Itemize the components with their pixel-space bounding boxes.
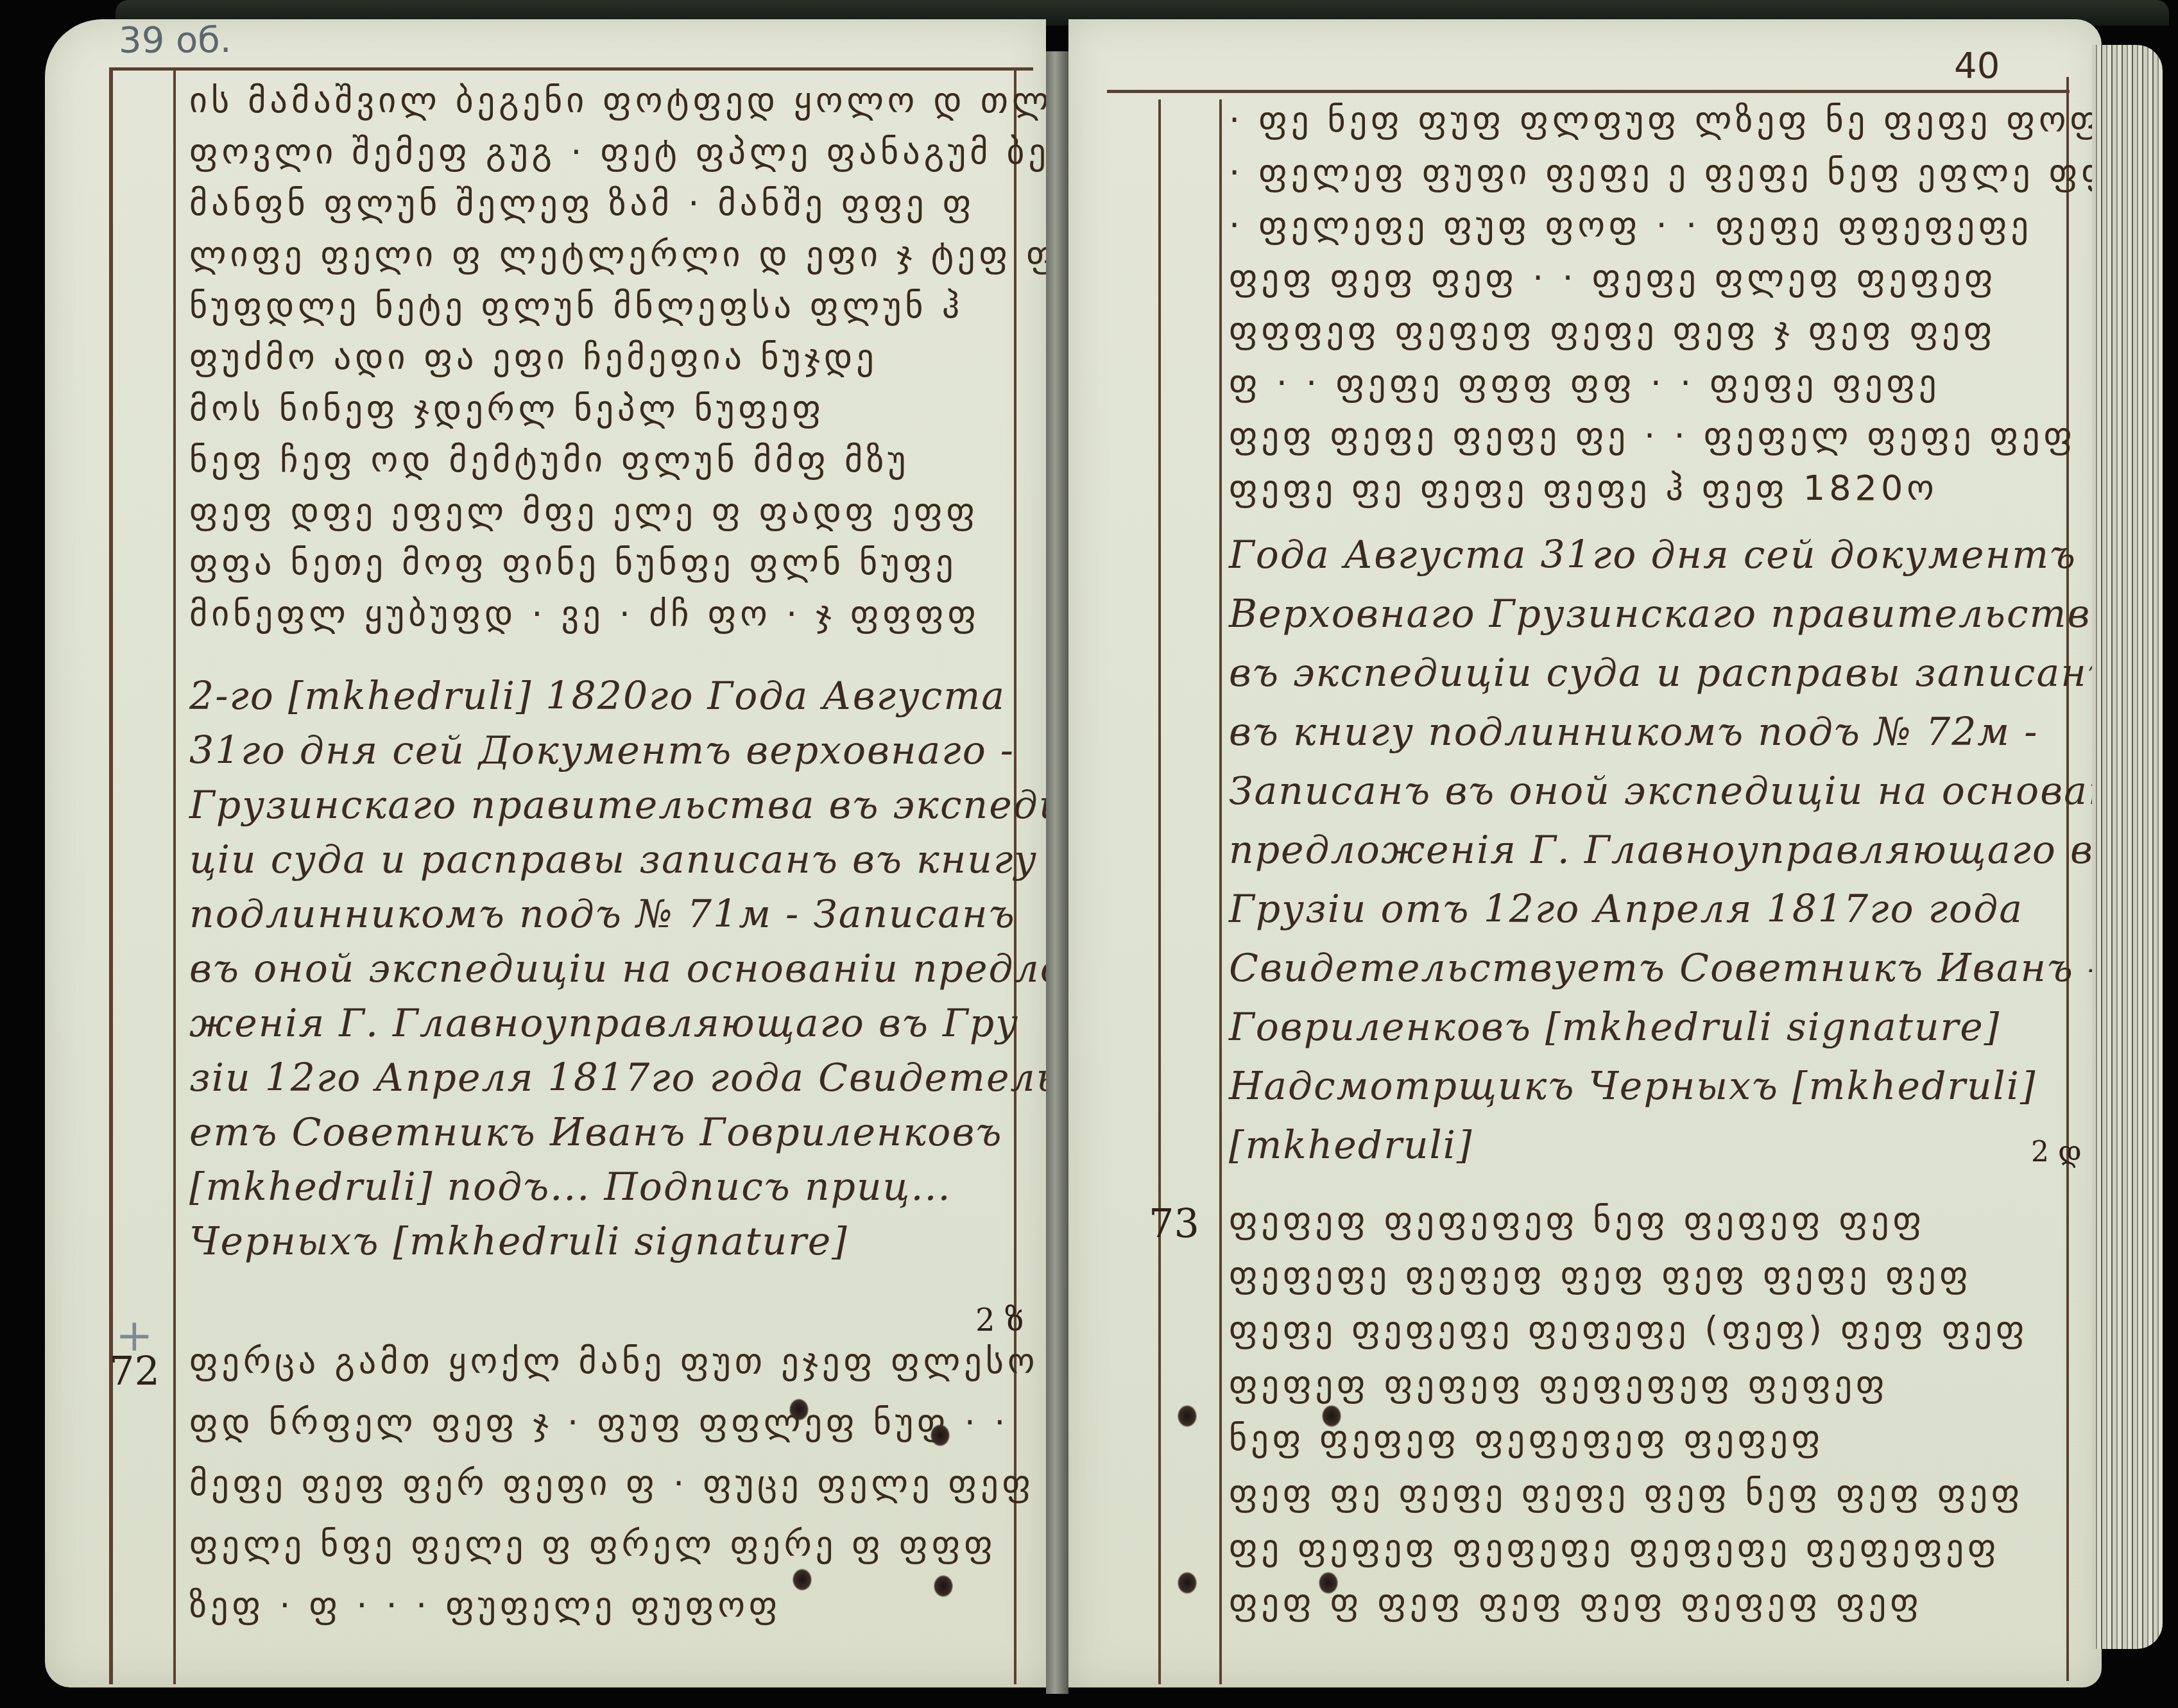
top-rule <box>109 67 1033 71</box>
binding-hole <box>1178 1572 1197 1594</box>
binding-hole <box>934 1575 953 1597</box>
handwritten-line: [mkhedruli] <box>1229 1123 1473 1168</box>
handwritten-line: Грузинскаго правительства въ экспеди <box>189 783 1065 828</box>
page-number-right: 40 <box>1954 45 2000 87</box>
handwritten-line: მინეფლ ყუბუფდ · ვე · ძჩ ფო · ჯ ფფფფ <box>189 594 980 634</box>
handwritten-line: Черныхъ [mkhedruli signature] <box>189 1219 848 1264</box>
binding-hole <box>1319 1572 1338 1594</box>
handwritten-line: ფეფ დფე ეფელ მფე ელე ფ ფადფ ეფფ <box>189 491 979 531</box>
handwritten-line: ფეფ ფე ფეფე ფეფე ფეფ ნეფ ფეფ ფეფ <box>1229 1473 2023 1513</box>
entry-number-72: 72 <box>109 1347 160 1394</box>
handwritten-line: ლიფე ფელი ფ ლეტლერლი დ ეფი ჯ ტეფ ფლე <box>189 234 1121 275</box>
binding-hole <box>930 1424 950 1446</box>
handwritten-line: [mkhedruli] подъ... Подписъ приц... <box>189 1165 952 1209</box>
handwritten-line: предложенія Г. Главноуправляющаго въ - <box>1229 828 2148 873</box>
handwritten-line: · ფელეფე ფუფ ფოფ · · ფეფე ფფეფეფე <box>1229 205 2032 245</box>
left-page: 39 об. ის მამაშვილ ბეგენი ფოტფედ ყოლო დ … <box>45 19 1046 1687</box>
binding-hole <box>1322 1405 1341 1427</box>
handwritten-line: ფუძმო ადი ფა ეფი ჩემეფია ნუჯდე <box>189 337 878 377</box>
handwritten-line: ფეფეფ ფეფეფეფ ნეფ ფეფეფ ფეფ <box>1229 1200 1925 1240</box>
handwritten-line: етъ Советникъ Иванъ Говриленковъ <box>189 1110 1002 1155</box>
handwritten-line: Говриленковъ [mkhedruli signature] <box>1229 1005 2000 1050</box>
handwritten-line: ფეფე ფეფეფე ფეფეფე (ფეფ) ფეფ ფეფ <box>1229 1309 2028 1349</box>
text-margin-rule <box>1219 99 1222 1684</box>
handwritten-line: женія Г. Главноуправляющаго въ Гру <box>189 1001 1019 1046</box>
handwritten-line: მოს ნინეფ ჯდერლ ნეპლ ნუფეფ <box>189 388 825 429</box>
handwritten-line: въ книгу подлинникомъ подъ № 72м - <box>1229 710 2038 755</box>
handwritten-line: ფ · · ფეფე ფფფ ფფ · · ფეფე ფეფე <box>1229 363 1940 403</box>
handwritten-line: ფეფ ფეფე ფეფე ფე · · ფეფელ ფეფე ფეფ <box>1229 415 2076 456</box>
handwritten-line: ფეფე ფე ფეფე ფეფე ჰ ფეფ 1820ო <box>1229 468 1938 508</box>
handwritten-line: მანფნ ფლუნ შელეფ ზამ · მანშე ფფე ფ <box>189 183 975 223</box>
binding-hole <box>1178 1405 1197 1427</box>
handwritten-line: ფეფ ფეფ ფეფ · · ფეფე ფლეფ ფეფეფ <box>1229 257 1997 298</box>
handwritten-line: ნეფ ფეფეფ ფეფეფეფ ფეფეფ <box>1229 1418 1824 1458</box>
handwritten-line: Свидетельствуетъ Советникъ Иванъ - <box>1229 946 2102 991</box>
handwritten-line: Грузіи отъ 12го Апреля 1817го года <box>1229 887 2023 932</box>
handwritten-line: въ экспедиціи суда и расправы записанъ <box>1229 651 2114 696</box>
handwritten-line: ზეფ · ფ · · · ფუფელე ფუფოფ <box>189 1585 781 1625</box>
outer-margin-rule <box>109 67 113 1684</box>
handwritten-line: Надсмотрщикъ Черныхъ [mkhedruli] <box>1229 1064 2036 1109</box>
handwritten-line: Записанъ въ оной экспедиціи на основаніи <box>1229 769 2154 814</box>
handwritten-line: въ оной экспедиціи на основаніи предло <box>189 946 1065 991</box>
number-column-rule <box>1158 99 1161 1684</box>
handwritten-line: ის მამაშვილ ბეგენი ფოტფედ ყოლო დ თლცჩმ <box>189 80 1120 121</box>
handwritten-line: ნუფდლე ნეტე ფლუნ მნლეფსა ფლუნ ჰ <box>189 286 963 326</box>
page-number-left: 39 об. <box>119 19 232 61</box>
handwritten-line: Верховнаго Грузинскаго правительства <box>1229 592 2115 636</box>
book-gutter <box>1046 51 1068 1694</box>
handwritten-line: ფდ ნრფელ ფეფ ჯ · ფუფ ფფლეფ ნუფ · · <box>189 1402 1009 1442</box>
right-page: 40 · ფე ნეფ ფუფ ფლფუფ ლზეფ ნე ფეფე ფოფ· … <box>1068 19 2102 1687</box>
top-rule <box>1107 90 2070 93</box>
handwritten-line: ნეფ ჩეფ ოდ მემტუმი ფლუნ მმფ მზუ <box>189 440 909 480</box>
outer-margin-rule <box>2066 77 2069 1681</box>
handwritten-line: ფე ფეფეფ ფეფეფე ფეფეფე ფეფეფეფ <box>1229 1527 2000 1567</box>
handwritten-line: ფფფეფ ფეფეფ ფეფე ფეფ ჯ ფეფ ფეფ <box>1229 310 1996 350</box>
number-column-rule <box>173 67 176 1684</box>
handwritten-line: ціи суда и расправы записанъ въ книгу <box>189 837 1038 882</box>
handwritten-line: მეფე ფეფ ფერ ფეფი ფ · ფუცე ფელე ფეფ <box>189 1463 1034 1503</box>
margin-note-left: 2 ზ <box>975 1302 1024 1338</box>
binding-hole <box>793 1569 812 1591</box>
handwritten-line: ფეფეფ ფეფეფ ფეფეფეფ ფეფეფ <box>1229 1363 1889 1404</box>
handwritten-line: подлинникомъ подъ № 71м - Записанъ <box>189 892 1016 937</box>
handwritten-line: · ფე ნეფ ფუფ ფლფუფ ლზეფ ნე ფეფე ფოფ <box>1229 99 2102 140</box>
handwritten-line: ფელე ნფე ფელე ფ ფრელ ფერე ფ ფფფ <box>189 1524 997 1564</box>
handwritten-line: Года Августа 31го дня сей документъ <box>1229 533 2077 577</box>
handwritten-line: ფეფეფე ფეფეფ ფეფ ფეფ ფეფე ფეფ <box>1229 1254 1972 1295</box>
handwritten-line: ფერცა გამთ ყოქლ მანე ფუთ ეჯეფ ფლესო <box>189 1341 1038 1381</box>
handwritten-line: ფფა ნეთე მოფ ფინე ნუნფე ფლნ ნუფე <box>189 542 957 583</box>
binding-hole <box>789 1399 809 1421</box>
page-edges <box>2092 45 2163 1649</box>
entry-number-73: 73 <box>1149 1200 1199 1247</box>
margin-note-right: 2 დ <box>2031 1136 2082 1168</box>
handwritten-line: зіи 12го Апреля 1817го года Свидетельств… <box>189 1055 1167 1100</box>
handwritten-line: 31го дня сей Документъ верховнаго - <box>189 728 1015 773</box>
handwritten-line: · ფელეფ ფუფი ფეფე ე ფეფე ნეფ ეფლე ფფ <box>1229 152 2114 192</box>
handwritten-line: 2-го [mkhedruli] 1820го Года Августа <box>189 674 1006 719</box>
